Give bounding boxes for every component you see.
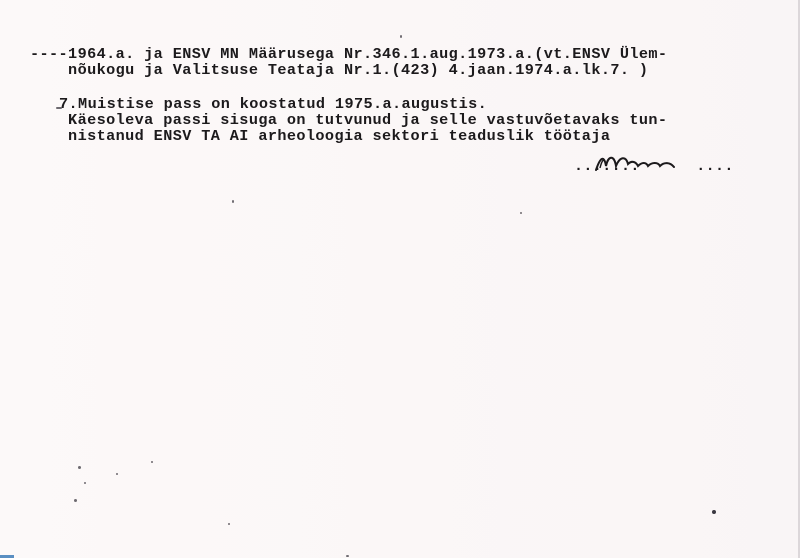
- speck: [56, 107, 62, 109]
- speck: [116, 473, 118, 475]
- speck: [712, 510, 716, 514]
- speck: [400, 35, 402, 38]
- document-page: ----1964.a. ja ENSV MN Määrusega Nr.346.…: [0, 0, 800, 558]
- speck: [520, 212, 522, 214]
- speck: [232, 200, 234, 203]
- speck: [74, 499, 77, 502]
- speck: [151, 461, 153, 463]
- text-line-3: 7.Muistise pass on koostatud 1975.a.augu…: [40, 96, 487, 112]
- text-line-4: Käesoleva passi sisuga on tutvunud ja se…: [30, 112, 667, 128]
- text-line-5: nistanud ENSV TA AI arheoloogia sektori …: [30, 128, 610, 144]
- handwritten-signature-icon: [574, 148, 734, 178]
- speck: [84, 482, 86, 484]
- text-line-2: nõukogu ja Valitsuse Teataja Nr.1.(423) …: [30, 62, 648, 78]
- speck: [228, 523, 230, 525]
- speck: [78, 466, 81, 469]
- speck: [346, 555, 349, 557]
- text-line-1: ----1964.a. ja ENSV MN Määrusega Nr.346.…: [30, 46, 667, 62]
